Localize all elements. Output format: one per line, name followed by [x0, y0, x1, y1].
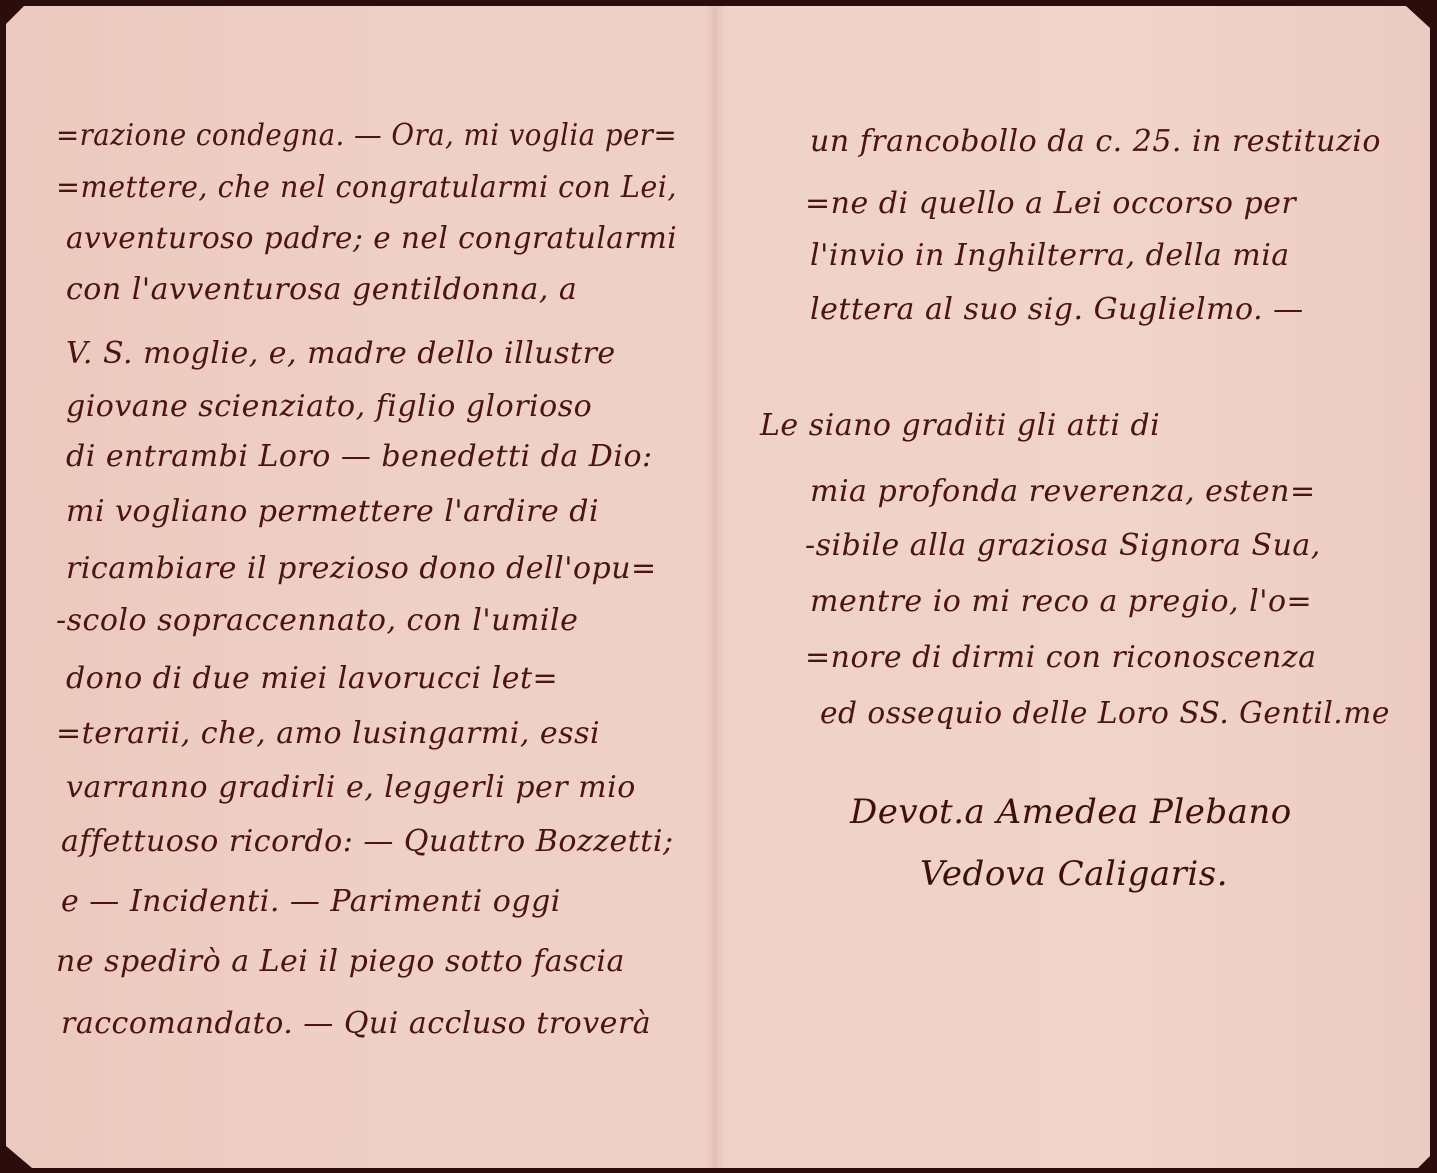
- text-line: =terarii, che, amo lusingarmi, essi: [56, 716, 600, 751]
- text-line: con l'avventurosa gentildonna, a: [66, 272, 577, 307]
- letter-sheet: =razione condegna. — Ora, mi voglia per=…: [6, 6, 1430, 1168]
- signature-name: Devot.a Amedea Plebano: [850, 792, 1292, 832]
- text-line: mia profonda reverenza, esten=: [810, 474, 1316, 509]
- text-line: ricambiare il prezioso dono dell'opu=: [66, 551, 657, 586]
- text-line: di entrambi Loro — benedetti da Dio:: [66, 439, 653, 474]
- text-line: =mettere, che nel congratularmi con Lei,: [56, 170, 677, 205]
- text-line: l'invio in Inghilterra, della mia: [810, 238, 1290, 273]
- text-line: avventuroso padre; e nel congratularmi: [66, 221, 677, 256]
- text-line: mentre io mi reco a pregio, l'o=: [810, 584, 1312, 619]
- text-line: -sibile alla graziosa Signora Sua,: [805, 528, 1321, 563]
- text-line: giovane scienziato, figlio glorioso: [66, 389, 592, 424]
- text-line: =razione condegna. — Ora, mi voglia per=: [56, 118, 677, 153]
- text-line: lettera al suo sig. Guglielmo. —: [810, 292, 1304, 327]
- left-page: =razione condegna. — Ora, mi voglia per=…: [6, 6, 717, 1168]
- text-line: mi vogliano permettere l'ardire di: [66, 494, 599, 529]
- text-line: raccomandato. — Qui accluso troverà: [61, 1006, 651, 1041]
- right-page: un francobollo da c. 25. in restituzio =…: [720, 6, 1430, 1168]
- text-line: -scolo sopraccennato, con l'umile: [56, 603, 578, 638]
- signature-title: Vedova Caligaris.: [920, 854, 1228, 894]
- text-line: varranno gradirli e, leggerli per mio: [66, 770, 636, 805]
- text-line: un francobollo da c. 25. in restituzio: [810, 124, 1381, 159]
- text-line: affettuoso ricordo: — Quattro Bozzetti;: [61, 824, 674, 859]
- text-line: ne spedirò a Lei il piego sotto fascia: [56, 944, 625, 979]
- text-line: Le siano graditi gli atti di: [760, 408, 1160, 443]
- text-line: =nore di dirmi con riconoscenza: [805, 640, 1317, 675]
- text-line: ed ossequio delle Loro SS. Gentil.me: [820, 696, 1390, 731]
- text-line: dono di due miei lavorucci let=: [66, 661, 558, 696]
- text-line: e — Incidenti. — Parimenti oggi: [61, 884, 561, 919]
- text-line: V. S. moglie, e, madre dello illustre: [66, 336, 616, 371]
- text-line: =ne di quello a Lei occorso per: [805, 186, 1296, 221]
